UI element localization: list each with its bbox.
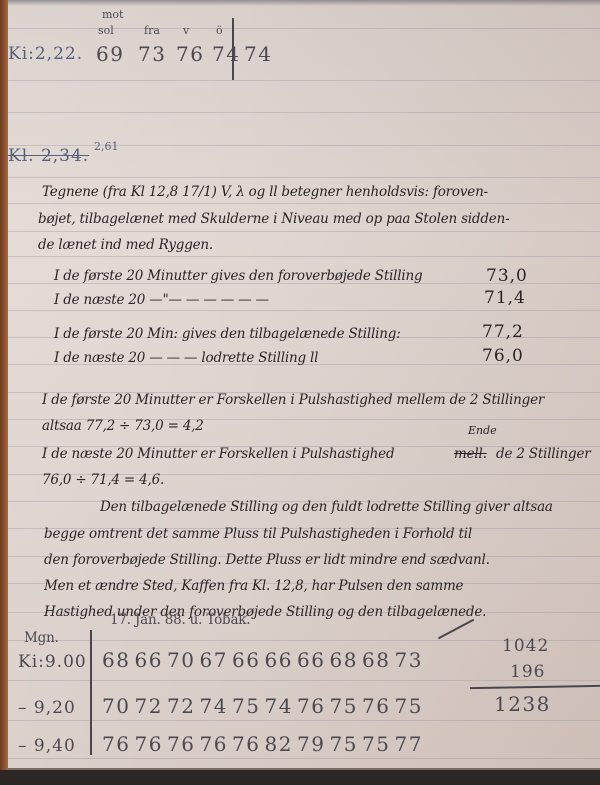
paragraph-line: den foroverbøjede Stilling. Dette Pluss … <box>44 552 490 568</box>
paragraph-line: de lænet ind med Ryggen. <box>38 237 213 253</box>
row-time: – 9,40 <box>18 736 76 756</box>
cell: 76 <box>297 694 330 718</box>
column-heading: ö <box>216 24 223 37</box>
heading-annotation: mot <box>102 8 123 21</box>
measurement-value: 71,4 <box>484 288 526 308</box>
ruled-line <box>8 310 600 311</box>
cell: 73 <box>395 648 428 672</box>
ruled-line <box>8 203 600 204</box>
cell: 68 <box>102 648 135 672</box>
paragraph-line: Tegnene (fra Kl 12,8 17/1) V, λ og ll be… <box>42 184 488 200</box>
inserted-word: Ende <box>468 424 497 437</box>
column-heading: sol <box>98 24 114 37</box>
measurement-label: I de første 20 Min: gives den tilbagelæn… <box>54 326 401 342</box>
entry-date: Ki:2,22. <box>8 44 83 64</box>
cell: 76 <box>232 732 265 756</box>
sum-line <box>470 685 600 689</box>
paragraph-line: Men et ændre Sted, Kaffen fra Kl. 12,8, … <box>44 578 463 594</box>
cell: 68 <box>362 648 395 672</box>
ruled-line <box>8 720 600 721</box>
cell: 74 <box>265 694 298 718</box>
cell: 76 <box>102 732 135 756</box>
pencil-scribble <box>438 619 474 639</box>
period-label: Mgn. <box>24 630 59 646</box>
measurement-value: 76,0 <box>482 346 524 366</box>
cell: 70 <box>167 648 200 672</box>
sum-addend: 1042 <box>502 636 549 656</box>
ruled-line <box>8 231 600 232</box>
table-row: 76 76 76 76 76 82 79 75 75 77 <box>102 732 427 756</box>
value: 73 <box>138 42 166 66</box>
cell: 68 <box>330 648 363 672</box>
ruled-line <box>8 80 600 81</box>
cell: 76 <box>167 732 200 756</box>
notebook-page: mot sol fra v ö Ki:2,22. 69 73 76 74 74 … <box>8 0 600 770</box>
cell: 82 <box>265 732 298 756</box>
cell: 77 <box>395 732 428 756</box>
measurement-value: 77,2 <box>482 322 524 342</box>
paragraph-line: bøjet, tilbagelænet med Skulderne i Nive… <box>38 211 509 227</box>
cell: 66 <box>265 648 298 672</box>
row-time: – 9,20 <box>18 698 76 718</box>
difference-text: I de første 20 Minutter er Forskellen i … <box>42 392 544 408</box>
result-value: 74 <box>244 42 272 66</box>
ruled-line <box>8 28 600 29</box>
difference-calc: altsaa 77,2 ÷ 73,0 = 4,2 <box>42 418 204 434</box>
cell: 76 <box>362 694 395 718</box>
cell: 74 <box>200 694 233 718</box>
difference-text-end: de 2 Stillinger <box>496 446 591 462</box>
series-header: 17. Jan. 88. u. Tobak. <box>110 612 250 628</box>
cell: 76 <box>200 732 233 756</box>
entry-date-correction: 2,61 <box>94 140 119 153</box>
measurement-label: I de næste 20 — — — lodrette Stilling ll <box>54 350 318 366</box>
value: 76 <box>176 42 204 66</box>
struck-word: mell. <box>454 446 487 462</box>
table-row: 70 72 72 74 75 74 76 75 76 75 <box>102 694 427 718</box>
row-time: Ki:9.00 <box>18 652 87 672</box>
cell: 79 <box>297 732 330 756</box>
cell: 72 <box>167 694 200 718</box>
document-photo: mot sol fra v ö Ki:2,22. 69 73 76 74 74 … <box>0 0 600 785</box>
difference-calc: 76,0 ÷ 71,4 = 4,6. <box>42 472 164 488</box>
cell: 76 <box>135 732 168 756</box>
paragraph-line: begge omtrent det samme Pluss til Pulsha… <box>44 526 472 542</box>
sum-addend: 196 <box>510 662 545 682</box>
measurement-label: I de næste 20 —"— — — — — — <box>54 292 269 308</box>
value: 74 <box>212 42 240 66</box>
difference-text: I de næste 20 Minutter er Forskellen i P… <box>42 446 394 462</box>
cell: 75 <box>232 694 265 718</box>
ruled-line <box>8 758 600 759</box>
measurement-label: I de første 20 Minutter gives den forove… <box>54 268 422 284</box>
cell: 66 <box>135 648 168 672</box>
column-heading: fra <box>144 24 160 37</box>
ruled-line <box>8 177 600 178</box>
cell: 70 <box>102 694 135 718</box>
table-row: 68 66 70 67 66 66 66 68 68 73 <box>102 648 427 672</box>
cell: 75 <box>330 694 363 718</box>
cell: 67 <box>200 648 233 672</box>
sum-total: 1238 <box>494 692 551 716</box>
value: 69 <box>96 42 124 66</box>
cell: 66 <box>297 648 330 672</box>
cell: 72 <box>135 694 168 718</box>
column-heading: v <box>183 24 189 37</box>
entry-date-struck: Kl. 2,34. <box>8 146 89 166</box>
cell: 75 <box>330 732 363 756</box>
ruled-line <box>8 256 600 257</box>
ruled-line <box>8 112 600 113</box>
cell: 75 <box>362 732 395 756</box>
paragraph-line: Den tilbagelænede Stilling og den fuldt … <box>100 499 553 515</box>
cell: 66 <box>232 648 265 672</box>
table-divider <box>90 630 92 755</box>
separator-line <box>232 18 234 80</box>
measurement-value: 73,0 <box>486 266 528 286</box>
cell: 75 <box>395 694 428 718</box>
